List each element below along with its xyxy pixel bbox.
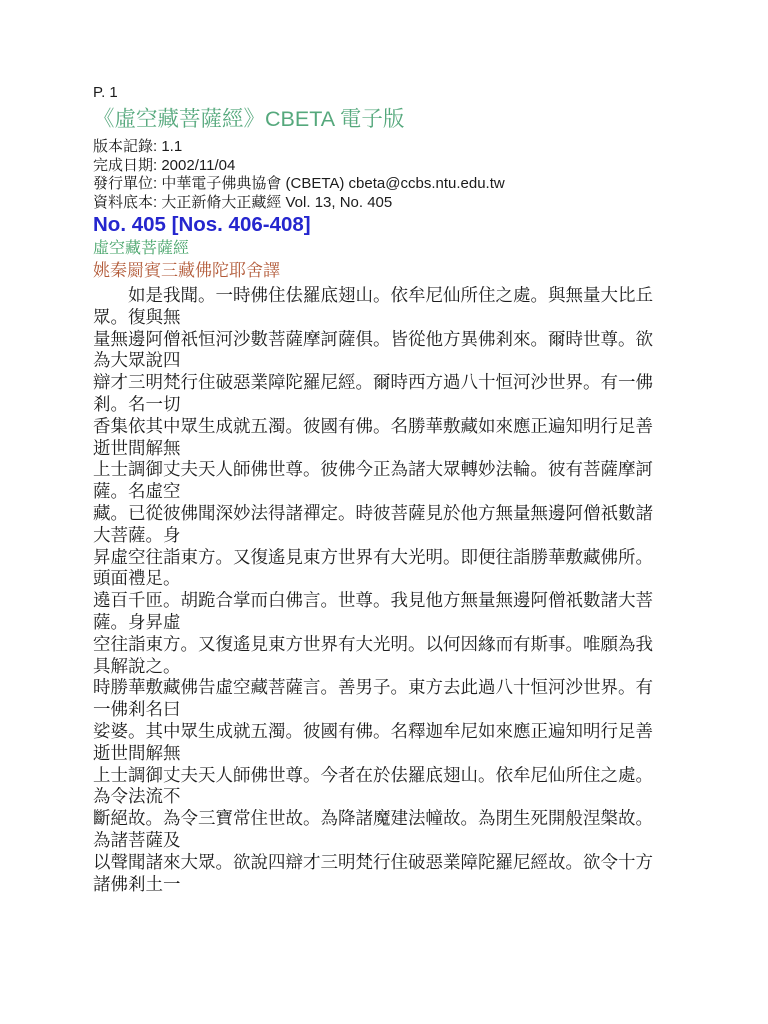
text-line: 藏。已從彼佛聞深妙法得諸禪定。時彼菩薩見於他方無量無邊阿僧祇數諸: [93, 503, 708, 525]
meta-line-version: 版本記錄: 1.1: [93, 138, 708, 157]
taisho-number-heading: No. 405 [Nos. 406-408]: [93, 213, 708, 237]
document-content: P. 1 《虛空藏菩薩經》CBETA 電子版 版本記錄: 1.1 完成日期: 2…: [0, 0, 768, 895]
text-line: 上士調御丈夫天人師佛世尊。今者在於佉羅底翅山。依牟尼仙所住之處。: [93, 765, 708, 787]
text-line: 以聲聞諸來大眾。欲說四辯才三明梵行住破惡業障陀羅尼經故。欲令十方: [93, 852, 708, 874]
document-title: 《虛空藏菩薩經》CBETA 電子版: [93, 106, 708, 132]
text-line: 頭面禮足。: [93, 568, 708, 590]
text-line: 具解說之。: [93, 656, 708, 678]
meta-line-source: 資料底本: 大正新脩大正藏經 Vol. 13, No. 405: [93, 194, 708, 213]
text-line: 為令法流不: [93, 786, 708, 808]
document-page: P. 1 《虛空藏菩薩經》CBETA 電子版 版本記錄: 1.1 完成日期: 2…: [0, 0, 768, 1024]
meta-line-publisher: 發行單位: 中華電子佛典協會 (CBETA) cbeta@ccbs.ntu.ed…: [93, 175, 708, 194]
text-line: 薩。名虛空: [93, 481, 708, 503]
metadata-block: 版本記錄: 1.1 完成日期: 2002/11/04 發行單位: 中華電子佛典協…: [93, 138, 708, 212]
text-line: 如是我聞。一時佛住佉羅底翅山。依牟尼仙所住之處。與無量大比丘: [93, 285, 708, 307]
text-line: 逝世間解無: [93, 743, 708, 765]
text-line: 剎。名一切: [93, 394, 708, 416]
text-line: 大菩薩。身: [93, 525, 708, 547]
text-line: 諸佛剎土一: [93, 874, 708, 896]
text-line: 薩。身昇虛: [93, 612, 708, 634]
text-line: 香集依其中眾生成就五濁。彼國有佛。名勝華敷藏如來應正遍知明行足善: [93, 416, 708, 438]
translator-line: 姚秦罽賓三藏佛陀耶舍譯: [93, 260, 708, 281]
text-line: 逝世間解無: [93, 438, 708, 460]
text-line: 斷絕故。為令三寶常住世故。為降諸魔建法幢故。為閉生死開般涅槃故。: [93, 808, 708, 830]
text-line: 上士調御丈夫天人師佛世尊。彼佛今正為諸大眾轉妙法輪。彼有菩薩摩訶: [93, 459, 708, 481]
text-line: 為諸菩薩及: [93, 830, 708, 852]
meta-line-date: 完成日期: 2002/11/04: [93, 157, 708, 176]
text-line: 娑婆。其中眾生成就五濁。彼國有佛。名釋迦牟尼如來應正遍知明行足善: [93, 721, 708, 743]
text-line: 為大眾說四: [93, 350, 708, 372]
text-line: 空往詣東方。又復遙見東方世界有大光明。以何因緣而有斯事。唯願為我: [93, 634, 708, 656]
sutra-title: 虛空藏菩薩經: [93, 239, 708, 258]
text-line: 辯才三明梵行住破惡業障陀羅尼經。爾時西方過八十恒河沙世界。有一佛: [93, 372, 708, 394]
text-line: 一佛剎名曰: [93, 699, 708, 721]
sutra-body: 如是我聞。一時佛住佉羅底翅山。依牟尼仙所住之處。與無量大比丘 眾。復與無 量無邊…: [93, 285, 708, 895]
text-line: 眾。復與無: [93, 307, 708, 329]
page-number: P. 1: [93, 84, 708, 101]
text-line: 遶百千匝。胡跪合掌而白佛言。世尊。我見他方無量無邊阿僧祇數諸大菩: [93, 590, 708, 612]
text-line: 時勝華敷藏佛告虛空藏菩薩言。善男子。東方去此過八十恒河沙世界。有: [93, 677, 708, 699]
text-line: 量無邊阿僧祇恒河沙數菩薩摩訶薩俱。皆從他方異佛剎來。爾時世尊。欲: [93, 329, 708, 351]
text-line: 昇虛空往詣東方。又復遙見東方世界有大光明。即便往詣勝華敷藏佛所。: [93, 547, 708, 569]
